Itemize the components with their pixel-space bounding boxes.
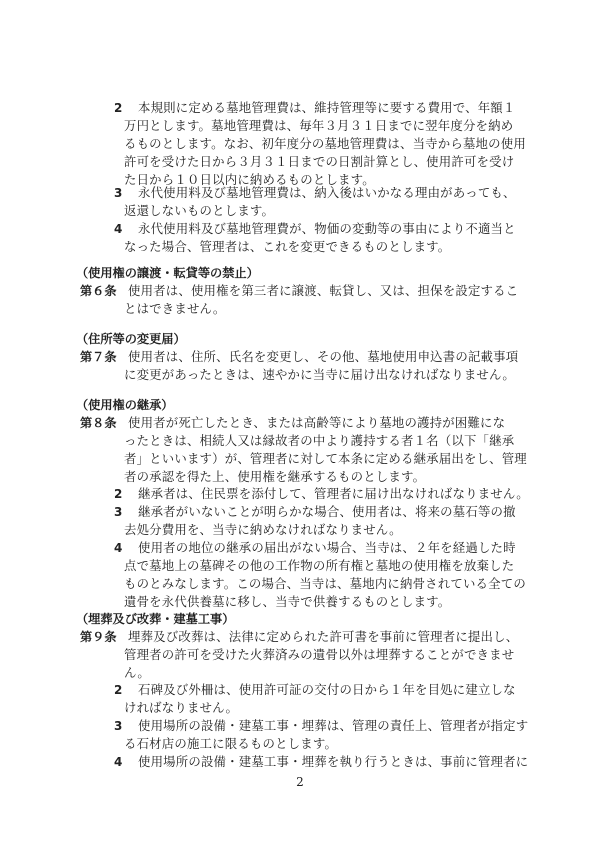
paragraph-text-line: 永代使用料及び墓地管理費は、納入後はいかなる理由があっても、: [138, 184, 516, 202]
paragraph-number: 2: [114, 99, 122, 117]
article-text-line: に変更があったときは、速やかに当寺に届け出なければなりません。: [124, 366, 515, 384]
paragraph-number: 2: [114, 485, 122, 503]
paragraph-text-line: 継承者は、住民票を添付して、管理者に届け出なければなりません。: [138, 485, 529, 503]
article-heading: （使用権の譲渡・転貸等の禁止）: [76, 264, 259, 282]
paragraph-text-line: 永代使用料及び墓地管理費が、物価の変動等の事由により不適当と: [138, 220, 516, 238]
paragraph-text-line: 継承者がいないことが明らかな場合、使用者は、将来の墓石等の撤: [138, 503, 516, 521]
article-text-line: 使用者は、住所、氏名を変更し、その他、墓地使用申込書の記載事項: [128, 348, 518, 366]
paragraph-text-line: ものとみなします。この場合、当寺は、墓地内に納骨されている全ての: [124, 575, 526, 593]
paragraph-text-line: 使用場所の設備・建墓工事・埋葬は、管理の責任上、管理者が指定す: [138, 717, 528, 735]
paragraph-text-line: 去処分費用を、当寺に納めなければなりません。: [124, 521, 402, 539]
paragraph-number: 4: [114, 539, 122, 557]
paragraph-text-line: 使用場所の設備・建墓工事・埋葬を執り行うときは、事前に管理者に: [138, 753, 528, 771]
article-text-line: 使用者が死亡したとき、または高齢等により墓地の護持が困難にな: [128, 414, 505, 432]
article-text-line: ん。: [124, 664, 150, 682]
article-text-line: ったときは、相続人又は縁故者の中より護持する者１名（以下「継承: [124, 432, 514, 450]
article-heading: （埋葬及び改葬・建墓工事）: [76, 610, 234, 628]
paragraph-text-line: る石材店の施工に限るものとします。: [124, 735, 337, 753]
article-number: 第６条: [80, 282, 117, 300]
article-text-line: 使用者は、使用権を第三者に譲渡、転貸し、又は、担保を設定するこ: [128, 282, 518, 300]
paragraph-number: 3: [114, 503, 122, 521]
article-number: 第７条: [80, 348, 117, 366]
paragraph-text-line: 返還しないものとします。: [124, 202, 274, 220]
article-text-line: 者の承認を得た上、使用権を継承するものとします。: [124, 468, 425, 486]
page-number: 2: [0, 775, 600, 789]
paragraph-text-line: 本規則に定める墓地管理費は、維持管理等に要する費用で、年額１: [138, 99, 515, 117]
article-text-line: 管理者の許可を受けた火葬済みの遺骨以外は埋葬することができませ: [124, 646, 514, 664]
article-heading: （住所等の変更届）: [76, 330, 186, 348]
paragraph-text-line: 使用者の地位の継承の届出がない場合、当寺は、２年を経過した時: [138, 539, 516, 557]
article-number: 第９条: [80, 628, 117, 646]
paragraph-text-line: るものとします。なお、初年度分の墓地管理費は、当寺から墓地の使用: [124, 135, 526, 153]
paragraph-text-line: 点で墓地上の墓碑その他の工作物の所有権と墓地の使用権を放棄した: [124, 557, 514, 575]
paragraph-number: 4: [114, 753, 122, 771]
article-text-line: とはできません。: [124, 300, 225, 318]
paragraph-number: 2: [114, 681, 122, 699]
paragraph-number: 3: [114, 184, 122, 202]
paragraph-text-line: 遺骨を永代供養墓に移し、当寺で供養するものとします。: [124, 593, 450, 611]
paragraph-number: 3: [114, 717, 122, 735]
paragraph-number: 4: [114, 220, 122, 238]
article-text-line: 埋葬及び改葬は、法律に定められた許可書を事前に管理者に提出し、: [128, 628, 518, 646]
paragraph-text-line: 許可を受けた日から３月３１日までの日割計算とし、使用許可を受け: [124, 153, 514, 171]
paragraph-text-line: なった場合、管理者は、これを変更できるものとします。: [124, 238, 450, 256]
paragraph-text-line: 石碑及び外柵は、使用許可証の交付の日から１年を目処に建立しな: [138, 681, 516, 699]
paragraph-text-line: ければなりません。: [124, 699, 238, 717]
article-heading: （使用権の継承）: [76, 396, 174, 414]
document-page: 2本規則に定める墓地管理費は、維持管理等に要する費用で、年額１万円とします。墓地…: [0, 0, 600, 849]
article-text-line: 者」といいます）が、管理者に対して本条に定める継承届出をし、管理: [124, 450, 527, 468]
paragraph-text-line: 万円とします。墓地管理費は、毎年３月３１日までに翌年度分を納め: [124, 117, 513, 135]
article-number: 第８条: [80, 414, 117, 432]
